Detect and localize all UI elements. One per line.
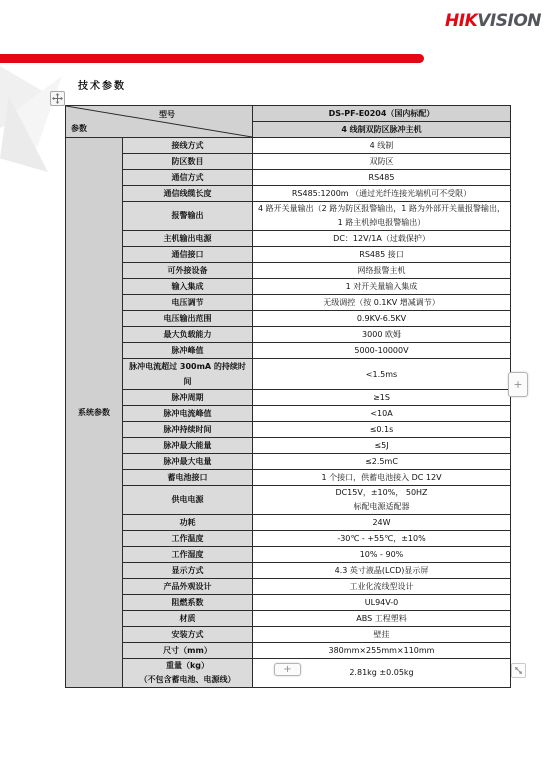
insert-row-button[interactable]: + [274, 663, 301, 676]
param-label-cell[interactable]: 接线方式 [123, 138, 253, 154]
table-row: 材质ABS 工程塑料 [66, 611, 511, 627]
table-row: 可外接设备网络报警主机 [66, 263, 511, 279]
param-value-cell[interactable]: UL94V-0 [253, 595, 511, 611]
table-row: 脉冲最大能量≤5J [66, 438, 511, 454]
table-row: 工作温度-30℃ - +55℃，±10% [66, 531, 511, 547]
table-row: 功耗24W [66, 515, 511, 531]
spec-table: 型号 参数 DS-PF-E0204（国内标配） 4 线制双防区脉冲主机 系统参数… [65, 105, 511, 688]
param-value-cell[interactable]: ≥1S [253, 390, 511, 406]
table-row: 通信接口RS485 接口 [66, 247, 511, 263]
param-label-cell[interactable]: 脉冲最大能量 [123, 438, 253, 454]
corner-label-model: 型号 [159, 107, 175, 122]
param-label-cell[interactable]: 可外接设备 [123, 263, 253, 279]
param-value-cell[interactable]: 1 对开关量输入集成 [253, 279, 511, 295]
table-row: 电压输出范围0.9KV-6.5KV [66, 311, 511, 327]
param-label-cell[interactable]: 显示方式 [123, 563, 253, 579]
param-label-cell[interactable]: 输入集成 [123, 279, 253, 295]
table-row: 供电电源DC15V，±10%， 50HZ 标配电源适配器 [66, 486, 511, 515]
param-value-cell[interactable]: 工业化流线型设计 [253, 579, 511, 595]
param-label-cell[interactable]: 安装方式 [123, 627, 253, 643]
param-label-cell[interactable]: 最大负载能力 [123, 327, 253, 343]
param-value-cell[interactable]: -30℃ - +55℃，±10% [253, 531, 511, 547]
table-row: 脉冲持续时间≤0.1s [66, 422, 511, 438]
param-value-cell[interactable]: 壁挂 [253, 627, 511, 643]
param-value-cell[interactable]: RS485 接口 [253, 247, 511, 263]
param-label-cell[interactable]: 通信方式 [123, 170, 253, 186]
table-row: 安装方式壁挂 [66, 627, 511, 643]
table-row: 防区数目双防区 [66, 154, 511, 170]
param-value-cell[interactable]: 4 线制 [253, 138, 511, 154]
param-value-cell[interactable]: 380mm×255mm×110mm [253, 643, 511, 659]
param-label-cell[interactable]: 工作湿度 [123, 547, 253, 563]
model-header-cell[interactable]: DS-PF-E0204（国内标配） [253, 106, 511, 122]
param-value-cell[interactable]: RS485:1200m （通过光纤连接光端机可不受限） [253, 186, 511, 202]
param-label-cell[interactable]: 阻燃系数 [123, 595, 253, 611]
param-label-cell[interactable]: 防区数目 [123, 154, 253, 170]
param-label-cell[interactable]: 蓄电池接口 [123, 470, 253, 486]
param-label-cell[interactable]: 供电电源 [123, 486, 253, 515]
table-row: 产品外观设计工业化流线型设计 [66, 579, 511, 595]
param-value-cell[interactable]: ≤5J [253, 438, 511, 454]
logo-vision-text: VISION [477, 11, 541, 31]
table-row: 脉冲最大电量≤2.5mC [66, 454, 511, 470]
param-label-cell[interactable]: 电压输出范围 [123, 311, 253, 327]
row-group-label[interactable]: 系统参数 [66, 138, 123, 688]
table-row: 阻燃系数UL94V-0 [66, 595, 511, 611]
param-value-cell[interactable]: 10% - 90% [253, 547, 511, 563]
param-value-cell[interactable]: <10A [253, 406, 511, 422]
logo-hik-text: HIK [445, 11, 477, 31]
table-row: 电压调节无级调控（按 0.1KV 增减调节） [66, 295, 511, 311]
param-label-cell[interactable]: 主机输出电源 [123, 231, 253, 247]
param-label-cell[interactable]: 脉冲电流峰值 [123, 406, 253, 422]
param-value-cell[interactable]: ≤2.5mC [253, 454, 511, 470]
table-row: 显示方式4.3 英寸液晶(LCD)显示屏 [66, 563, 511, 579]
table-row: 输入集成1 对开关量输入集成 [66, 279, 511, 295]
plus-icon: + [283, 665, 291, 675]
table-header-row: 型号 参数 DS-PF-E0204（国内标配） [66, 106, 511, 122]
param-label-cell[interactable]: 脉冲峰值 [123, 343, 253, 359]
param-label-cell[interactable]: 材质 [123, 611, 253, 627]
param-value-cell[interactable]: 5000-10000V [253, 343, 511, 359]
param-label-cell[interactable]: 通信接口 [123, 247, 253, 263]
corner-label-param: 参数 [71, 121, 87, 136]
param-value-cell[interactable]: 无级调控（按 0.1KV 增减调节） [253, 295, 511, 311]
param-value-cell[interactable]: DC：12V/1A（过载保护） [253, 231, 511, 247]
param-value-cell[interactable]: DC15V，±10%， 50HZ 标配电源适配器 [253, 486, 511, 515]
table-move-handle[interactable] [50, 91, 65, 106]
table-row: 脉冲电流峰值<10A [66, 406, 511, 422]
table-row: 最大负载能力3000 欧姆 [66, 327, 511, 343]
table-resize-handle[interactable] [511, 663, 526, 678]
param-label-cell[interactable]: 脉冲最大电量 [123, 454, 253, 470]
table-row: 尺寸（mm）380mm×255mm×110mm [66, 643, 511, 659]
resize-diagonal-icon [514, 666, 523, 675]
param-label-cell[interactable]: 脉冲电流超过 300mA 的持续时间 [123, 359, 253, 390]
param-value-cell[interactable]: 网络报警主机 [253, 263, 511, 279]
param-value-cell[interactable]: 1 个接口，供蓄电池接入 DC 12V [253, 470, 511, 486]
param-value-cell[interactable]: 4 路开关量输出（2 路为防区报警输出，1 路为外部开关量报警输出， 1 路主机… [253, 202, 511, 231]
insert-column-button[interactable]: + [508, 372, 528, 397]
param-label-cell[interactable]: 脉冲持续时间 [123, 422, 253, 438]
param-value-cell[interactable]: 4.3 英寸液晶(LCD)显示屏 [253, 563, 511, 579]
param-value-cell[interactable]: ≤0.1s [253, 422, 511, 438]
table-row: 通信线缆长度RS485:1200m （通过光纤连接光端机可不受限） [66, 186, 511, 202]
page-title[interactable]: 技术参数 [78, 77, 126, 92]
param-label-cell[interactable]: 产品外观设计 [123, 579, 253, 595]
table-row: 系统参数接线方式4 线制 [66, 138, 511, 154]
param-value-cell[interactable]: ABS 工程塑料 [253, 611, 511, 627]
watermark-triangle [6, 76, 62, 148]
table-row: 脉冲峰值5000-10000V [66, 343, 511, 359]
model-subtitle-cell[interactable]: 4 线制双防区脉冲主机 [253, 122, 511, 138]
table-corner-cell[interactable]: 型号 参数 [66, 106, 253, 138]
plus-icon: + [513, 379, 522, 390]
param-value-cell[interactable]: 3000 欧姆 [253, 327, 511, 343]
table-row: 通信方式RS485 [66, 170, 511, 186]
table-row: 脉冲周期≥1S [66, 390, 511, 406]
param-label-cell[interactable]: 功耗 [123, 515, 253, 531]
param-label-cell[interactable]: 重量（kg） （不包含蓄电池、电源线） [123, 659, 253, 688]
param-value-cell[interactable]: RS485 [253, 170, 511, 186]
table-row: 工作湿度10% - 90% [66, 547, 511, 563]
param-label-cell[interactable]: 工作温度 [123, 531, 253, 547]
param-label-cell[interactable]: 通信线缆长度 [123, 186, 253, 202]
param-label-cell[interactable]: 脉冲周期 [123, 390, 253, 406]
brand-red-bar [0, 54, 424, 63]
table-row: 蓄电池接口1 个接口，供蓄电池接入 DC 12V [66, 470, 511, 486]
param-label-cell[interactable]: 电压调节 [123, 295, 253, 311]
table-row: 主机输出电源DC：12V/1A（过载保护） [66, 231, 511, 247]
param-value-cell[interactable]: 0.9KV-6.5KV [253, 311, 511, 327]
param-value-cell[interactable]: 24W [253, 515, 511, 531]
param-label-cell[interactable]: 尺寸（mm） [123, 643, 253, 659]
watermark-triangle [0, 96, 48, 172]
param-value-cell[interactable]: <1.5ms [253, 359, 511, 390]
move-icon [52, 93, 63, 104]
param-label-cell[interactable]: 报警输出 [123, 202, 253, 231]
table-row: 报警输出4 路开关量输出（2 路为防区报警输出，1 路为外部开关量报警输出， 1… [66, 202, 511, 231]
table-row: 脉冲电流超过 300mA 的持续时间<1.5ms [66, 359, 511, 390]
hikvision-logo: HIKVISION [445, 11, 541, 31]
param-value-cell[interactable]: 双防区 [253, 154, 511, 170]
